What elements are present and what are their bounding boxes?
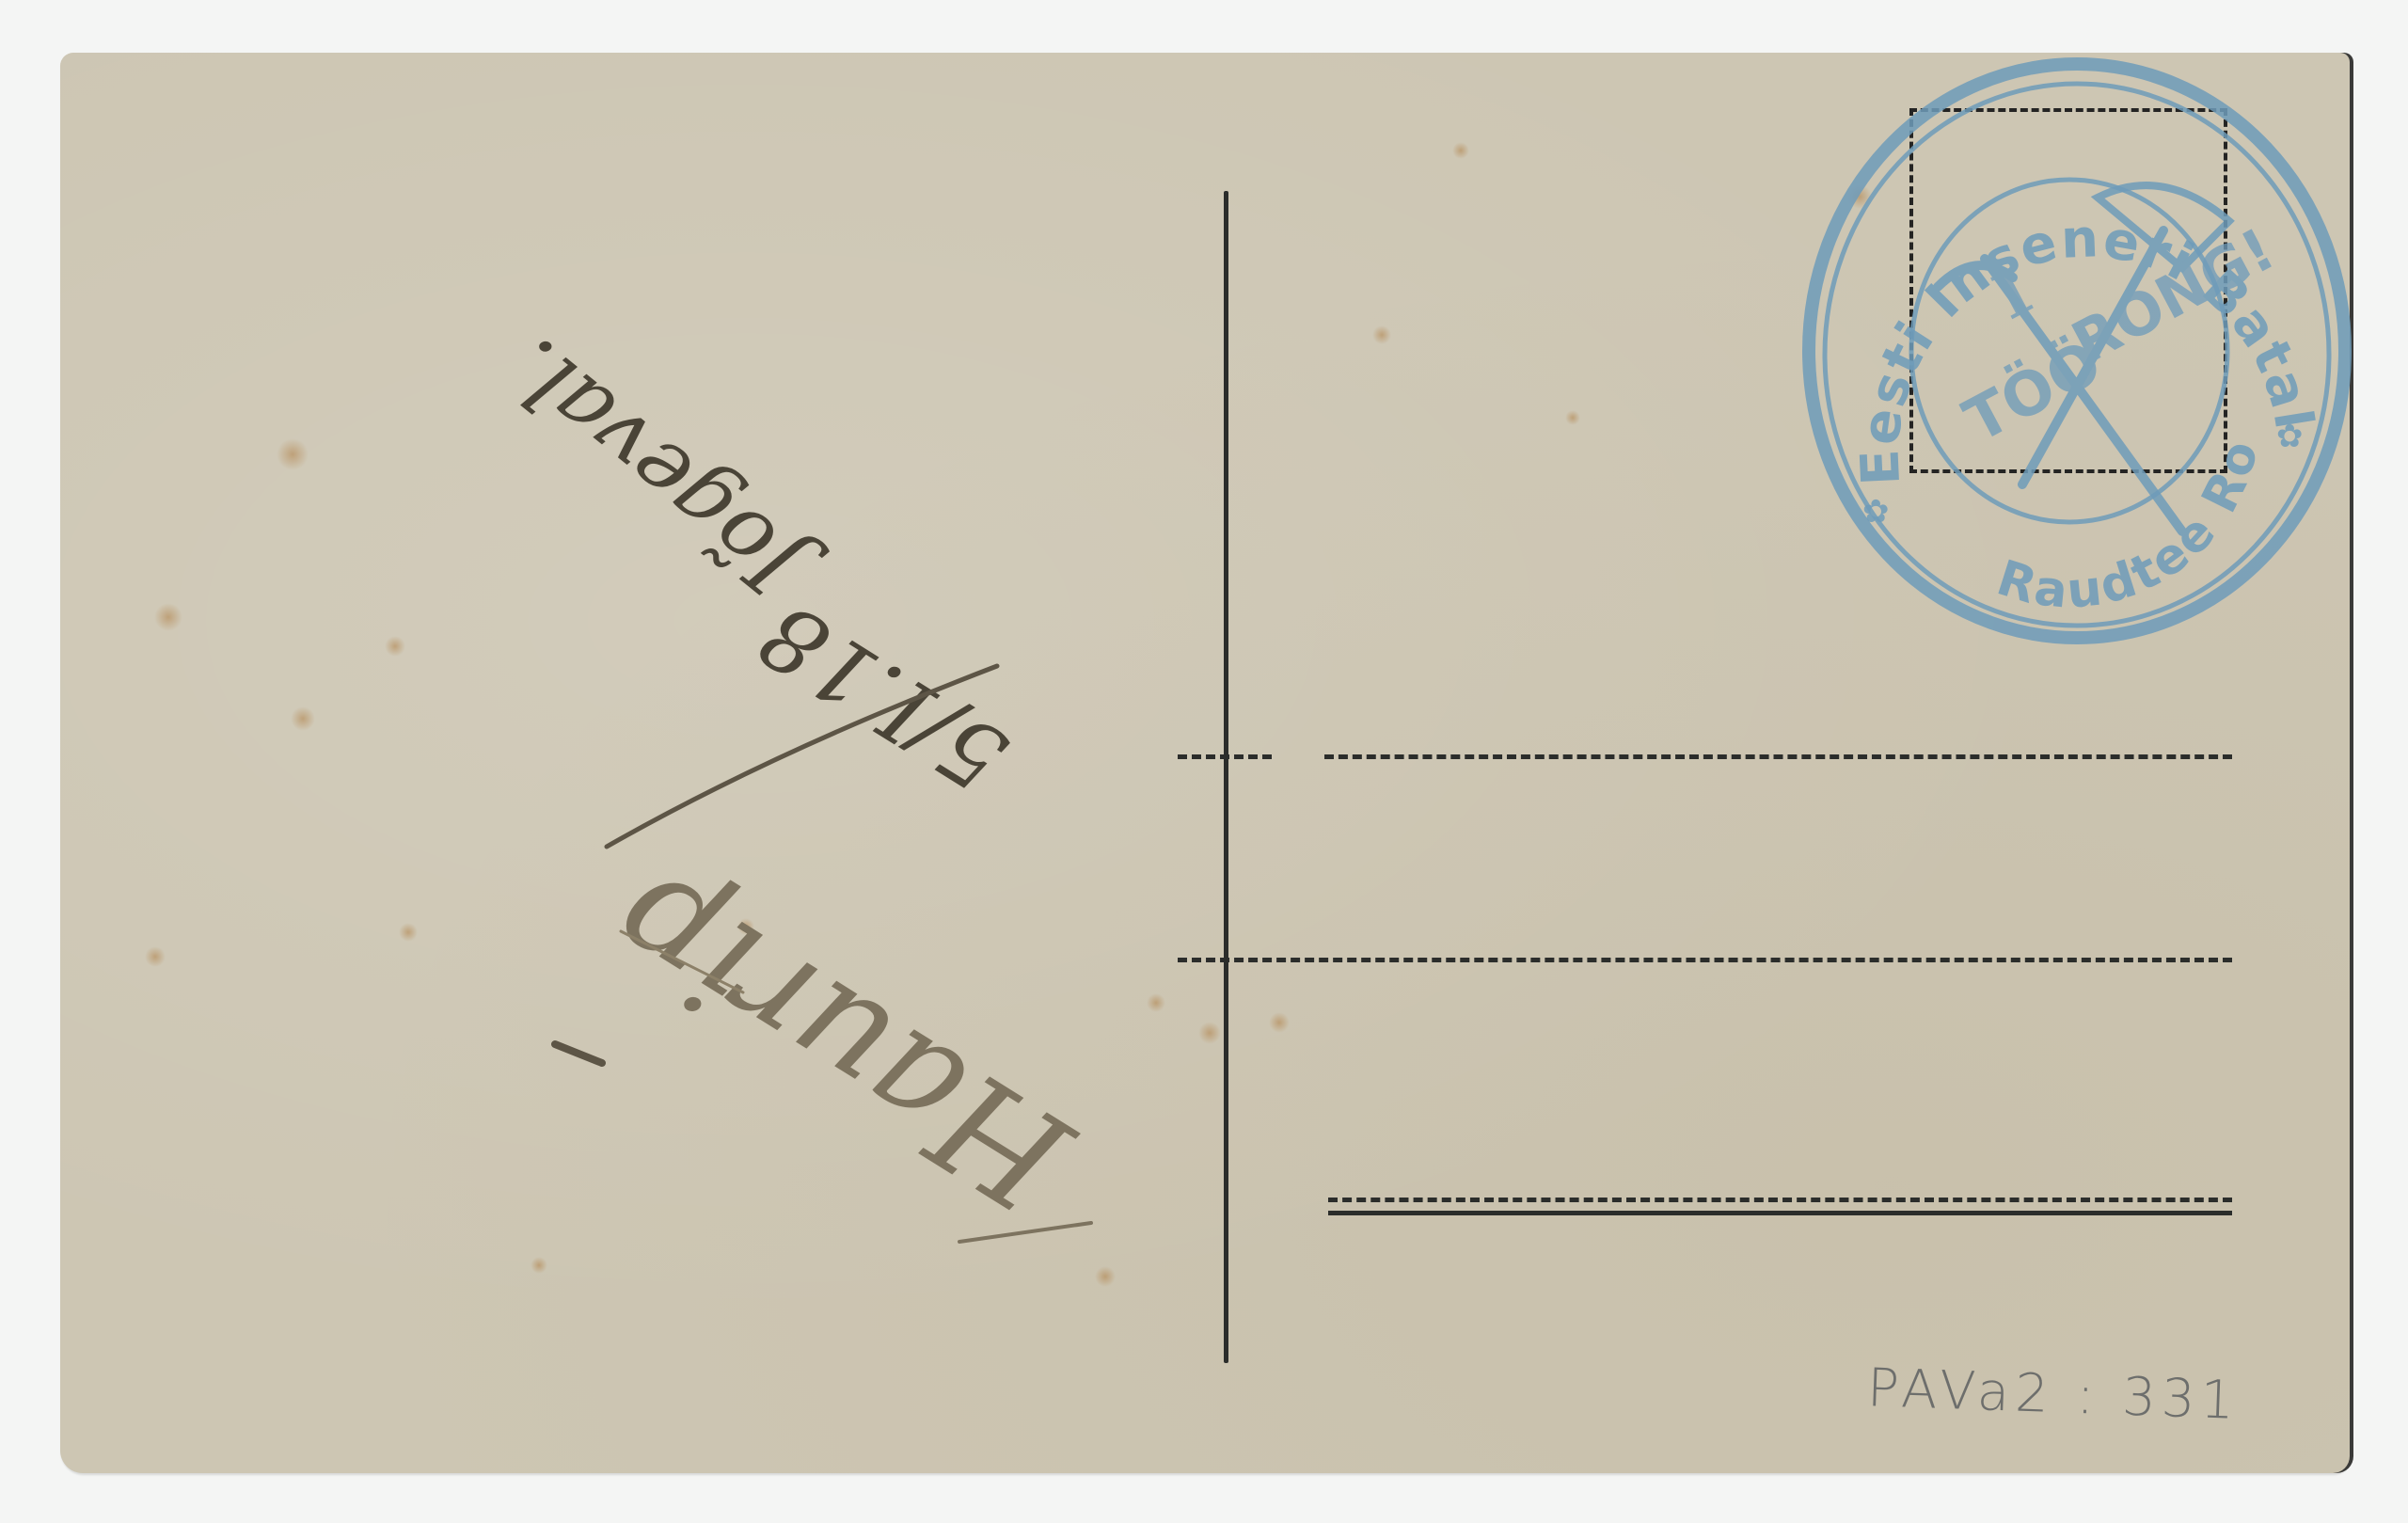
stamp-separator-right: ✿ xyxy=(2276,418,2304,455)
address-line-3 xyxy=(1328,1198,2232,1202)
stain xyxy=(154,603,182,631)
stain xyxy=(1565,410,1580,425)
stain xyxy=(1372,325,1391,344)
stain xyxy=(1452,142,1469,159)
stain xyxy=(145,946,166,967)
center-divider-line xyxy=(1224,191,1228,1363)
stain xyxy=(531,1257,547,1274)
stain xyxy=(1269,1012,1290,1033)
address-line-1-short xyxy=(1178,754,1272,759)
stain xyxy=(399,923,418,942)
address-line-1 xyxy=(1324,754,2232,759)
address-line-2 xyxy=(1178,958,2232,962)
address-line-3-underline xyxy=(1328,1211,2232,1215)
stain xyxy=(1095,1266,1116,1287)
stain xyxy=(1147,993,1165,1012)
stamp-separator-left: ✿ xyxy=(1862,493,1890,531)
stain xyxy=(291,706,315,731)
stain xyxy=(385,636,405,657)
catalog-number: PAVa2 : 331 xyxy=(1866,1357,2241,1432)
stain xyxy=(1198,1022,1221,1044)
battalion-rubber-stamp: Eesti Inseneri Batalion Raudtee Rood ✿ ✿… xyxy=(1787,42,2370,663)
stain xyxy=(277,438,309,470)
